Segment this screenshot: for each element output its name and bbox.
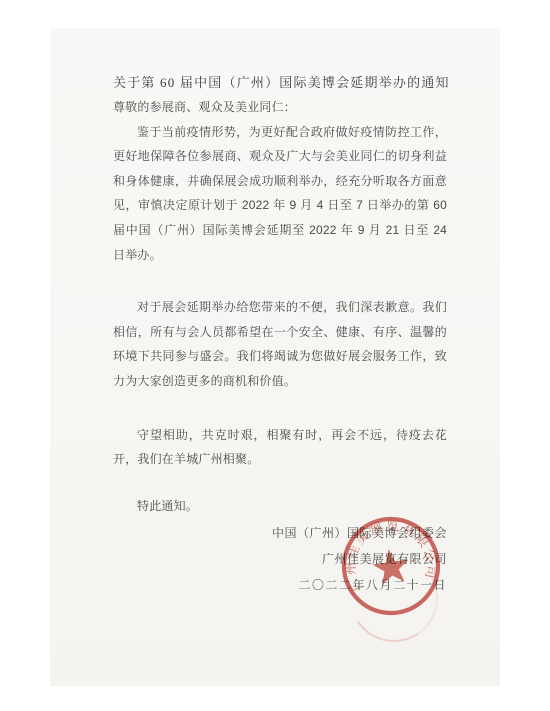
company-seal: 广州佳美展览有限公司 — [329, 504, 453, 628]
scanned-letter-paper: 关于第 60 届中国（广州）国际美博会延期举办的通知 尊敬的参展商、观众及美业同… — [50, 28, 500, 686]
paragraph-1: 鉴于当前疫情形势，为更好配合政府做好疫情防控工作，更好地保障各位参展商、观众及广… — [113, 120, 447, 268]
notice-title: 关于第 60 届中国（广州）国际美博会延期举办的通知 — [113, 70, 447, 95]
paragraph-3: 守望相助，共克时艰，相聚有时，再会不远，待疫去花开，我们在羊城广州相聚。 — [113, 423, 447, 472]
salutation: 尊敬的参展商、观众及美业同仁： — [113, 95, 447, 120]
seal-star-icon — [371, 547, 412, 586]
paragraph-2: 对于展会延期举办给您带来的不便，我们深表歉意。我们相信，所有与会人员都希望在一个… — [113, 295, 447, 393]
